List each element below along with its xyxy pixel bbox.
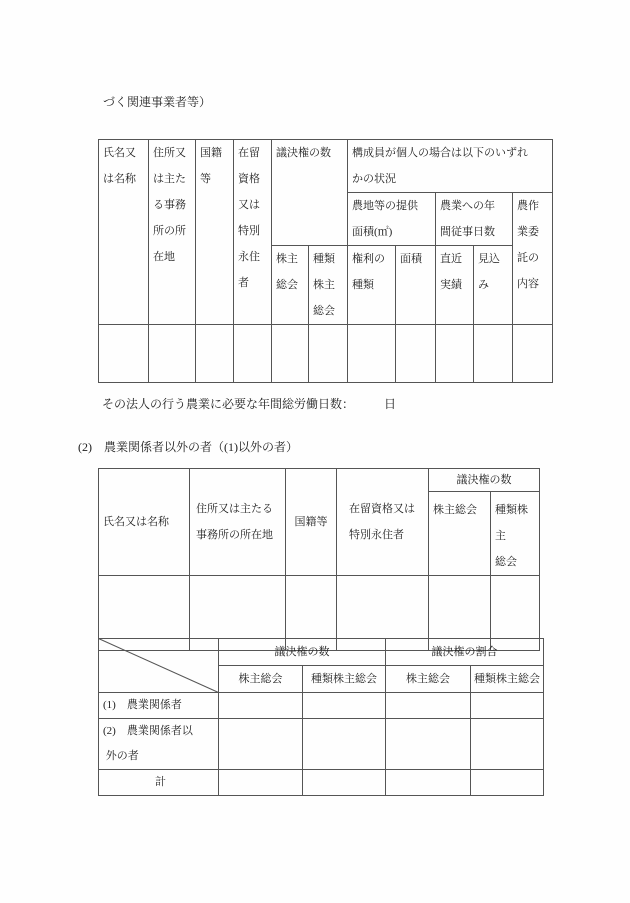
t3-blank-cell <box>386 693 471 719</box>
t1-header-address: 住所又 は主た る事務 所の所 在地 <box>149 140 196 325</box>
t1-header-voting-rights: 議決権の数 <box>272 140 348 246</box>
t2-header-residence: 在留資格又は 特別永住者 <box>337 469 429 576</box>
t3-header-shareholders-meeting-count: 株主総会 <box>219 666 303 693</box>
t3-row-label-agri: (1) 農業関係者 <box>99 693 219 719</box>
t1-header-area: 面積 <box>396 246 436 325</box>
t1-header-estimate: 見込 み <box>474 246 513 325</box>
t2-header-shareholders-meeting: 株主総会 <box>429 492 491 576</box>
t3-blank-cell <box>303 770 386 796</box>
t3-header-shareholders-meeting-ratio: 株主総会 <box>386 666 471 693</box>
labor-days-line: その法人の行う農業に必要な年間総労働日数： 日 <box>102 397 396 411</box>
t1-blank-cell <box>513 325 553 383</box>
t2-header-address: 住所又は主たる 事務所の所在地 <box>190 469 286 576</box>
t1-header-right-type: 権利の 種類 <box>348 246 396 325</box>
t1-header-recent-actual: 直近 実績 <box>436 246 474 325</box>
t1-header-farmland-area: 農地等の提供 面積(㎡) <box>348 193 436 246</box>
t1-header-annual-days: 農業への年 間従事日数 <box>436 193 513 246</box>
t1-header-residence: 在留 資格 又は 特別 永住 者 <box>234 140 272 325</box>
t2-header-nationality: 国籍等 <box>286 469 337 576</box>
t1-header-nationality: 国籍 等 <box>196 140 234 325</box>
t3-stub-cell <box>99 639 219 693</box>
t1-blank-cell <box>474 325 513 383</box>
t1-header-member-status: 構成員が個人の場合は以下のいずれ かの状況 <box>348 140 553 193</box>
document-page: づく関連事業者等） 氏名又 は名称 住所又 は主た る事務 所の所 在地 国籍 … <box>0 0 630 903</box>
t3-row-label-non-agri: (2) 農業関係者以 外の者 <box>99 719 219 770</box>
t3-header-class-shareholders-meeting-count: 種類株主総会 <box>303 666 386 693</box>
t3-blank-cell <box>219 719 303 770</box>
t1-blank-cell <box>436 325 474 383</box>
t1-header-shareholders-meeting: 株主 総会 <box>272 246 309 325</box>
t1-entry-row <box>99 325 553 383</box>
t1-header-name: 氏名又 は名称 <box>99 140 149 325</box>
t1-blank-cell <box>309 325 348 383</box>
t1-blank-cell <box>348 325 396 383</box>
t1-blank-cell <box>149 325 196 383</box>
t1-blank-cell <box>99 325 149 383</box>
t3-blank-cell <box>219 770 303 796</box>
t3-blank-cell <box>471 770 544 796</box>
intro-line: づく関連事業者等） <box>103 95 211 109</box>
table-voting-summary: 議決権の数 議決権の割合 株主総会 種類株主総会 株主総会 種類株主総会 (1)… <box>98 638 544 796</box>
t3-blank-cell <box>471 693 544 719</box>
section2-heading: (2) 農業関係者以外の者（(1)以外の者） <box>78 440 298 454</box>
t3-header-voting-count: 議決権の数 <box>219 639 386 666</box>
t3-header-voting-ratio: 議決権の割合 <box>386 639 544 666</box>
t3-blank-cell <box>219 693 303 719</box>
t3-blank-cell <box>471 719 544 770</box>
table-members-detail: 氏名又 は名称 住所又 は主た る事務 所の所 在地 国籍 等 在留 資格 又は… <box>98 139 553 383</box>
t3-blank-cell <box>303 693 386 719</box>
t2-header-class-shareholders-meeting: 種類株主 総会 <box>491 492 540 576</box>
t1-blank-cell <box>396 325 436 383</box>
t3-blank-cell <box>386 719 471 770</box>
t3-blank-cell <box>386 770 471 796</box>
table-non-agri-persons: 氏名又は名称 住所又は主たる 事務所の所在地 国籍等 在留資格又は 特別永住者 … <box>98 468 540 651</box>
t1-header-consignment: 農作 業委 託の 内容 <box>513 193 553 325</box>
t1-blank-cell <box>234 325 272 383</box>
t3-blank-cell <box>303 719 386 770</box>
t3-header-class-shareholders-meeting-ratio: 種類株主総会 <box>471 666 544 693</box>
t3-row-label-total: 計 <box>99 770 219 796</box>
t2-header-voting-rights: 議決権の数 <box>429 469 540 492</box>
t1-blank-cell <box>272 325 309 383</box>
t1-header-class-shareholders-meeting: 種類 株主 総会 <box>309 246 348 325</box>
t1-blank-cell <box>196 325 234 383</box>
t2-header-name: 氏名又は名称 <box>99 469 190 576</box>
